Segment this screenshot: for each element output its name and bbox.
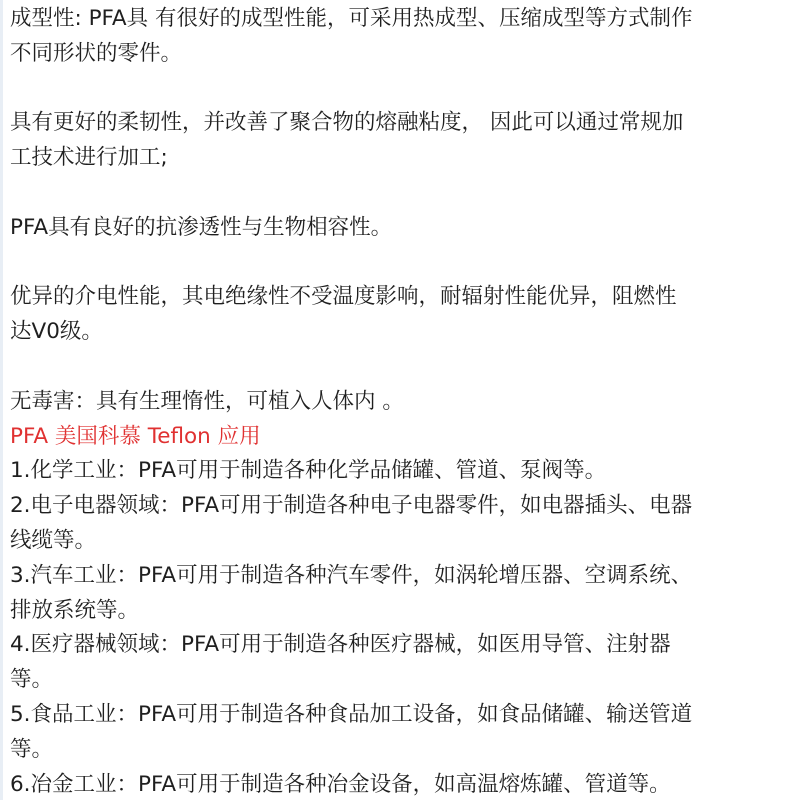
list-item: 5.食品工业：PFA可用于制造各种食品加工设备，如食品储罐、输送管道 [10, 698, 795, 733]
text-line: 成型性: PFA具 有很好的成型性能，可采用热成型、压缩成型等方式制作 [10, 2, 795, 37]
paragraph-gap [10, 350, 795, 385]
property-non-toxic: 无毒害：具有生理惰性，可植入人体内 。 [10, 385, 795, 420]
applications-heading: PFA 美国科慕 Teflon 应用 [10, 420, 795, 455]
property-dielectric: 优异的介电性能，其电绝缘性不受温度影响，耐辐射性能优异，阻燃性 达V0级。 [10, 280, 795, 350]
application-chemical: 1.化学工业：PFA可用于制造各种化学品储罐、管道、泵阀等。 [10, 454, 795, 489]
property-flexibility: 具有更好的柔韧性，并改善了聚合物的熔融粘度， 因此可以通过常规加 工技术进行加工… [10, 106, 795, 176]
property-moldability: 成型性: PFA具 有很好的成型性能，可采用热成型、压缩成型等方式制作 不同形状… [10, 2, 795, 72]
text-line: 优异的介电性能，其电绝缘性不受温度影响，耐辐射性能优异，阻燃性 [10, 280, 795, 315]
paragraph-gap [10, 72, 795, 107]
list-item: 2.电子电器领域：PFA可用于制造各种电子电器零件，如电器插头、电器 [10, 489, 795, 524]
text-line: 工技术进行加工; [10, 141, 795, 176]
text-line: PFA具有良好的抗渗透性与生物相容性。 [10, 211, 795, 246]
application-food: 5.食品工业：PFA可用于制造各种食品加工设备，如食品储罐、输送管道 等。 [10, 698, 795, 768]
left-margin-strip [0, 0, 3, 800]
list-item-continuation: 等。 [10, 663, 795, 698]
text-line: 具有更好的柔韧性，并改善了聚合物的熔融粘度， 因此可以通过常规加 [10, 106, 795, 141]
list-item: 3.汽车工业：PFA可用于制造各种汽车零件，如涡轮增压器、空调系统、 [10, 559, 795, 594]
list-item: 4.医疗器械领域：PFA可用于制造各种医疗器械，如医用导管、注射器 [10, 628, 795, 663]
list-item-continuation: 线缆等。 [10, 524, 795, 559]
list-item-continuation: 等。 [10, 733, 795, 768]
list-item: 6.冶金工业：PFA可用于制造各种冶金设备，如高温熔炼罐、管道等。 [10, 768, 795, 800]
list-item: 1.化学工业：PFA可用于制造各种化学品储罐、管道、泵阀等。 [10, 454, 795, 489]
text-line: 无毒害：具有生理惰性，可植入人体内 。 [10, 385, 795, 420]
application-automotive: 3.汽车工业：PFA可用于制造各种汽车零件，如涡轮增压器、空调系统、 排放系统等… [10, 559, 795, 629]
property-permeation-resistance: PFA具有良好的抗渗透性与生物相容性。 [10, 211, 795, 246]
paragraph-gap [10, 176, 795, 211]
application-medical: 4.医疗器械领域：PFA可用于制造各种医疗器械，如医用导管、注射器 等。 [10, 628, 795, 698]
list-item-continuation: 排放系统等。 [10, 594, 795, 629]
application-electronics: 2.电子电器领域：PFA可用于制造各种电子电器零件，如电器插头、电器 线缆等。 [10, 489, 795, 559]
application-metallurgy: 6.冶金工业：PFA可用于制造各种冶金设备，如高温熔炼罐、管道等。 [10, 768, 795, 800]
text-line: 达V0级。 [10, 315, 795, 350]
paragraph-gap [10, 246, 795, 281]
document-body: 成型性: PFA具 有很好的成型性能，可采用热成型、压缩成型等方式制作 不同形状… [10, 2, 795, 800]
text-line: 不同形状的零件。 [10, 37, 795, 72]
